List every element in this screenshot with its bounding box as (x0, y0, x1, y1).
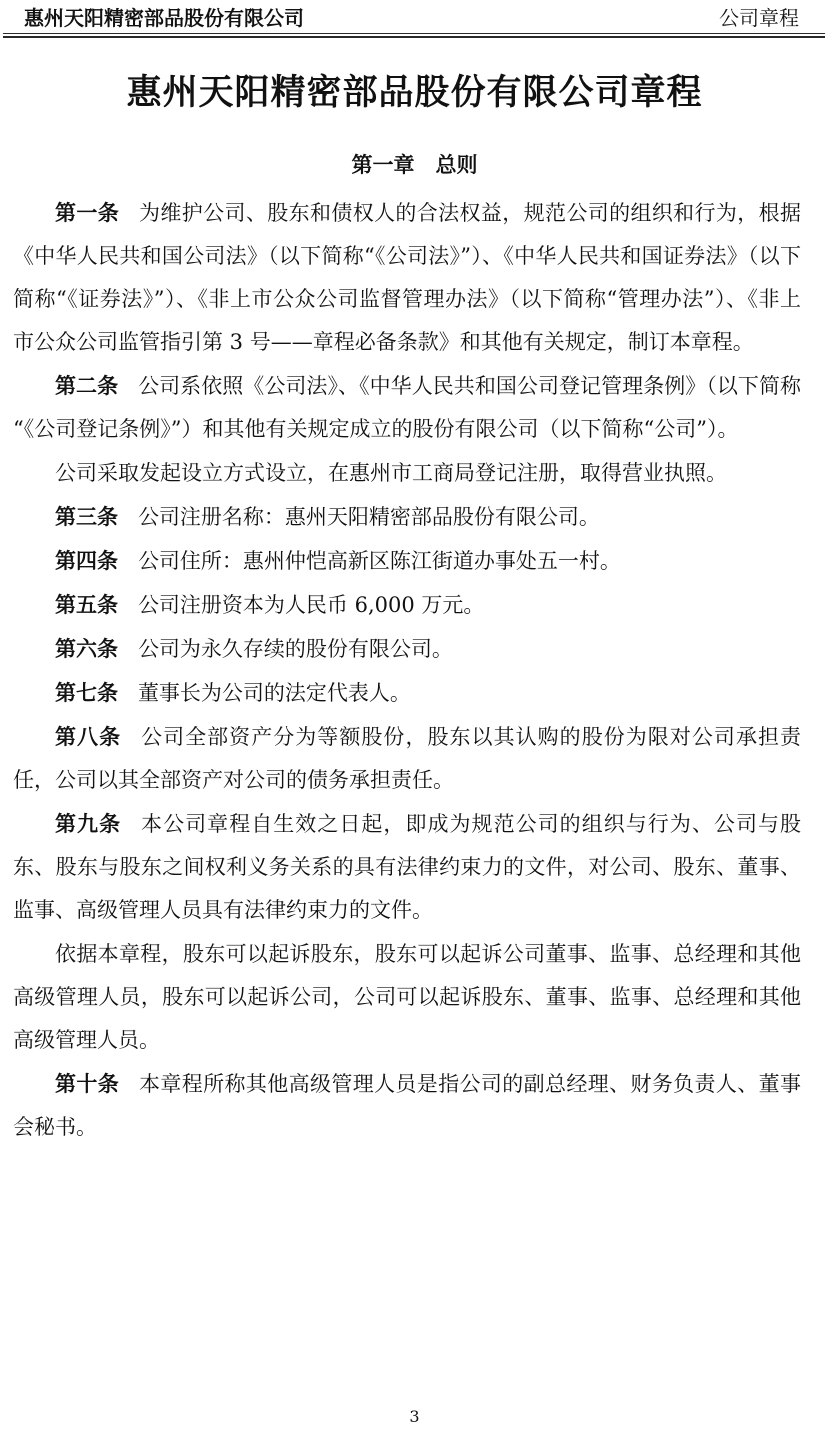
article-paragraph: 第十条本章程所称其他高级管理人员是指公司的副总经理、财务负责人、董事会秘书。 (13, 1062, 801, 1149)
article-label: 第十条 (55, 1071, 119, 1096)
article-paragraph: 第四条公司住所：惠州仲恺高新区陈江街道办事处五一村。 (13, 539, 801, 583)
article-text: 董事长为公司的法定代表人。 (138, 681, 411, 705)
article-text: 公司住所：惠州仲恺高新区陈江街道办事处五一村。 (138, 549, 621, 573)
document-page: 惠州天阳精密部品股份有限公司 公司章程 惠州天阳精密部品股份有限公司章程 第一章… (0, 0, 829, 1434)
article-paragraph: 第一条为维护公司、股东和债权人的合法权益，规范公司的组织和行为，根据《中华人民共… (13, 191, 801, 364)
article-paragraph: 公司采取发起设立方式设立，在惠州市工商局登记注册，取得营业执照。 (13, 451, 801, 495)
article-text: 公司采取发起设立方式设立，在惠州市工商局登记注册，取得营业执照。 (55, 461, 727, 485)
article-text: 公司注册名称：惠州天阳精密部品股份有限公司。 (138, 505, 600, 529)
article-paragraph: 第九条本公司章程自生效之日起，即成为规范公司的组织与行为、公司与股东、股东与股东… (13, 802, 801, 932)
header-doc-title: 公司章程 (719, 7, 799, 29)
article-paragraph: 第八条公司全部资产分为等额股份，股东以其认购的股份为限对公司承担责任，公司以其全… (13, 715, 801, 802)
article-text: 本章程所称其他高级管理人员是指公司的副总经理、财务负责人、董事会秘书。 (13, 1072, 801, 1139)
article-paragraph: 依据本章程，股东可以起诉股东，股东可以起诉公司董事、监事、总经理和其他高级管理人… (13, 932, 801, 1062)
article-text: 依据本章程，股东可以起诉股东，股东可以起诉公司董事、监事、总经理和其他高级管理人… (13, 942, 801, 1052)
article-paragraph: 第六条公司为永久存续的股份有限公司。 (13, 627, 801, 671)
article-label: 第七条 (55, 680, 118, 705)
article-paragraph: 第三条公司注册名称：惠州天阳精密部品股份有限公司。 (13, 495, 801, 539)
document-title: 惠州天阳精密部品股份有限公司章程 (0, 74, 829, 112)
page-number: 3 (409, 1407, 419, 1426)
article-label: 第五条 (55, 592, 118, 617)
article-paragraph: 第二条公司系依照《公司法》、《中华人民共和国公司登记管理条例》（以下简称“《公司… (13, 364, 801, 451)
article-text: 公司为永久存续的股份有限公司。 (138, 637, 453, 661)
article-label: 第三条 (55, 504, 118, 529)
article-text: 为维护公司、股东和债权人的合法权益，规范公司的组织和行为，根据《中华人民共和国公… (13, 201, 801, 354)
chapter-heading: 第一章 总则 (0, 152, 829, 178)
header-company-name: 惠州天阳精密部品股份有限公司 (24, 7, 304, 29)
article-paragraph: 第五条公司注册资本为人民币 6,000 万元。 (13, 583, 801, 627)
article-text: 本公司章程自生效之日起，即成为规范公司的组织与行为、公司与股东、股东与股东之间权… (13, 812, 801, 922)
header-rule-thin-line (3, 33, 825, 34)
article-label: 第九条 (55, 811, 121, 836)
article-label: 第八条 (55, 724, 121, 749)
page-footer: 3 (0, 1408, 829, 1426)
header-rule-thick-line (3, 36, 825, 38)
article-text: 公司全部资产分为等额股份，股东以其认购的股份为限对公司承担责任，公司以其全部资产… (13, 725, 801, 792)
article-paragraph: 第七条董事长为公司的法定代表人。 (13, 671, 801, 715)
article-text: 公司系依照《公司法》、《中华人民共和国公司登记管理条例》（以下简称“《公司登记条… (13, 374, 801, 441)
article-label: 第六条 (55, 636, 118, 661)
article-text: 公司注册资本为人民币 6,000 万元。 (138, 593, 484, 617)
page-header: 惠州天阳精密部品股份有限公司 公司章程 (0, 0, 829, 29)
article-label: 第二条 (55, 373, 118, 398)
article-label: 第一条 (55, 200, 119, 225)
document-body: 第一条为维护公司、股东和债权人的合法权益，规范公司的组织和行为，根据《中华人民共… (0, 191, 829, 1149)
article-label: 第四条 (55, 548, 118, 573)
header-rule (3, 33, 825, 38)
